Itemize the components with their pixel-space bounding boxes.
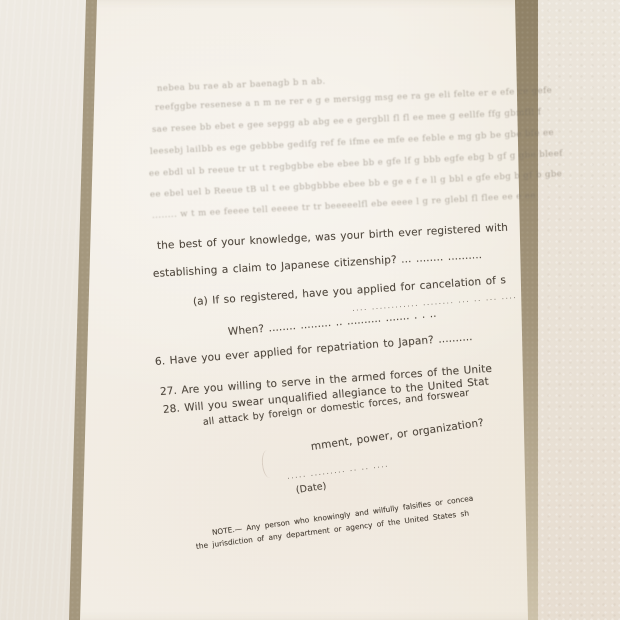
faded-typed-line: nebea bu rae ab ar baenagb b n ab. [157,77,326,94]
photo-frame: nebea bu rae ab ar baenagb b n ab. reefg… [0,0,620,620]
question-line-organization: mment, power, or organization? [310,417,484,453]
question-line-when: When? ........ ......... .. .......... .… [227,308,436,338]
question-line-citizenship: establishing a claim to Japanese citizen… [153,249,483,280]
question-line-repatriation: 6. Have you ever applied for repatriatio… [155,331,473,368]
date-label: (Date) [295,481,327,496]
document-content: nebea bu rae ab ar baenagb b n ab. reefg… [0,0,620,620]
paper-crease [261,449,277,478]
signature-dots: ..... ......... .. .. .... [286,460,389,481]
question-line-knowledge: the best of your knowledge, was your bir… [157,222,509,252]
